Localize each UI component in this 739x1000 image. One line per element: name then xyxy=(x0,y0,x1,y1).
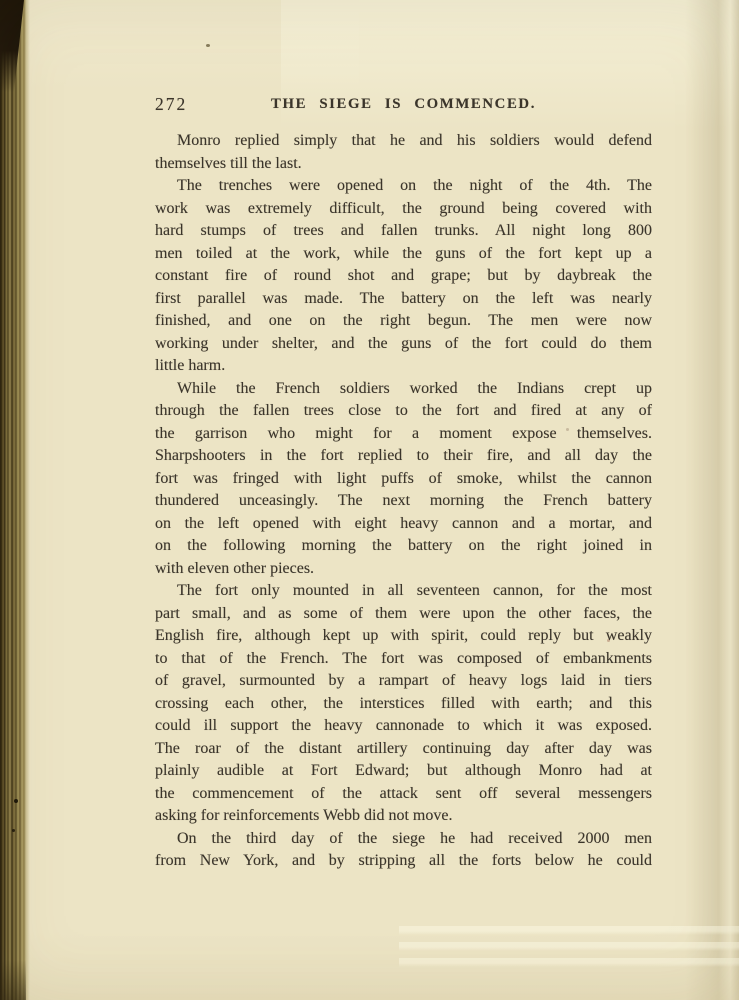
paragraph: The trenches were opened on the night of… xyxy=(155,175,652,378)
paragraph: Monro replied simply that he and his sol… xyxy=(155,130,652,175)
text-line: first parallel was made. The battery on … xyxy=(155,288,652,311)
text-line: work was extremely difficult, the ground… xyxy=(155,198,652,221)
scanned-book-page: 272 THE SIEGE IS COMMENCED. Monro replie… xyxy=(0,0,739,1000)
text-line: part small, and as some of them were upo… xyxy=(155,603,652,626)
text-line: thundered unceasingly. The next morning … xyxy=(155,490,652,513)
text-line: could ill support the heavy cannonade to… xyxy=(155,715,652,738)
paragraph: While the French soldiers worked the Ind… xyxy=(155,378,652,581)
page-top-left-shading xyxy=(26,0,359,90)
text-line: finished, and one on the right begun. Th… xyxy=(155,310,652,333)
text-line: on the following morning the battery on … xyxy=(155,535,652,558)
text-line: On the third day of the siege he had rec… xyxy=(155,828,652,851)
text-line: The roar of the distant artillery contin… xyxy=(155,738,652,761)
text-line: While the French soldiers worked the Ind… xyxy=(155,378,652,401)
text-line: with eleven other pieces. xyxy=(155,558,652,581)
text-line: the garrison who might for a moment expo… xyxy=(155,423,652,446)
text-line: The fort only mounted in all seventeen c… xyxy=(155,580,652,603)
text-line: English fire, although kept up with spir… xyxy=(155,625,652,648)
text-line: through the fallen trees close to the fo… xyxy=(155,400,652,423)
page-right-edge-shading xyxy=(685,0,739,1000)
page-header: 272 THE SIEGE IS COMMENCED. xyxy=(155,94,652,116)
text-line: asking for reinforcements Webb did not m… xyxy=(155,805,652,828)
text-line: Sharpshooters in the fort replied to the… xyxy=(155,445,652,468)
text-line: plainly audible at Fort Edward; but alth… xyxy=(155,760,652,783)
text-line: from New York, and by stripping all the … xyxy=(155,850,652,873)
book-binding-foot-shadow xyxy=(0,960,26,1000)
text-line: working under shelter, and the guns of t… xyxy=(155,333,652,356)
page-body-text: Monro replied simply that he and his sol… xyxy=(155,130,652,873)
text-line: of gravel, surmounted by a rampart of he… xyxy=(155,670,652,693)
paragraph: On the third day of the siege he had rec… xyxy=(155,828,652,873)
paragraph: The fort only mounted in all seventeen c… xyxy=(155,580,652,828)
text-line: men toiled at the work, while the guns o… xyxy=(155,243,652,266)
text-line: Monro replied simply that he and his sol… xyxy=(155,130,652,153)
text-line: The trenches were opened on the night of… xyxy=(155,175,652,198)
page-bottom-shading xyxy=(26,930,739,1000)
text-line: to that of the French. The fort was comp… xyxy=(155,648,652,671)
text-line: hard stumps of trees and fallen trunks. … xyxy=(155,220,652,243)
text-line: fort was fringed with light puffs of smo… xyxy=(155,468,652,491)
running-title: THE SIEGE IS COMMENCED. xyxy=(155,96,652,113)
text-line: crossing each other, the interstices fil… xyxy=(155,693,652,716)
ink-speck xyxy=(206,44,210,47)
text-line: little harm. xyxy=(155,355,652,378)
text-line: themselves till the last. xyxy=(155,153,652,176)
page-bottom-streaks xyxy=(399,926,739,972)
text-line: the commencement of the attack sent off … xyxy=(155,783,652,806)
text-line: on the left opened with eight heavy cann… xyxy=(155,513,652,536)
text-line: constant fire of round shot and grape; b… xyxy=(155,265,652,288)
book-binding-page-edges xyxy=(0,0,30,1000)
